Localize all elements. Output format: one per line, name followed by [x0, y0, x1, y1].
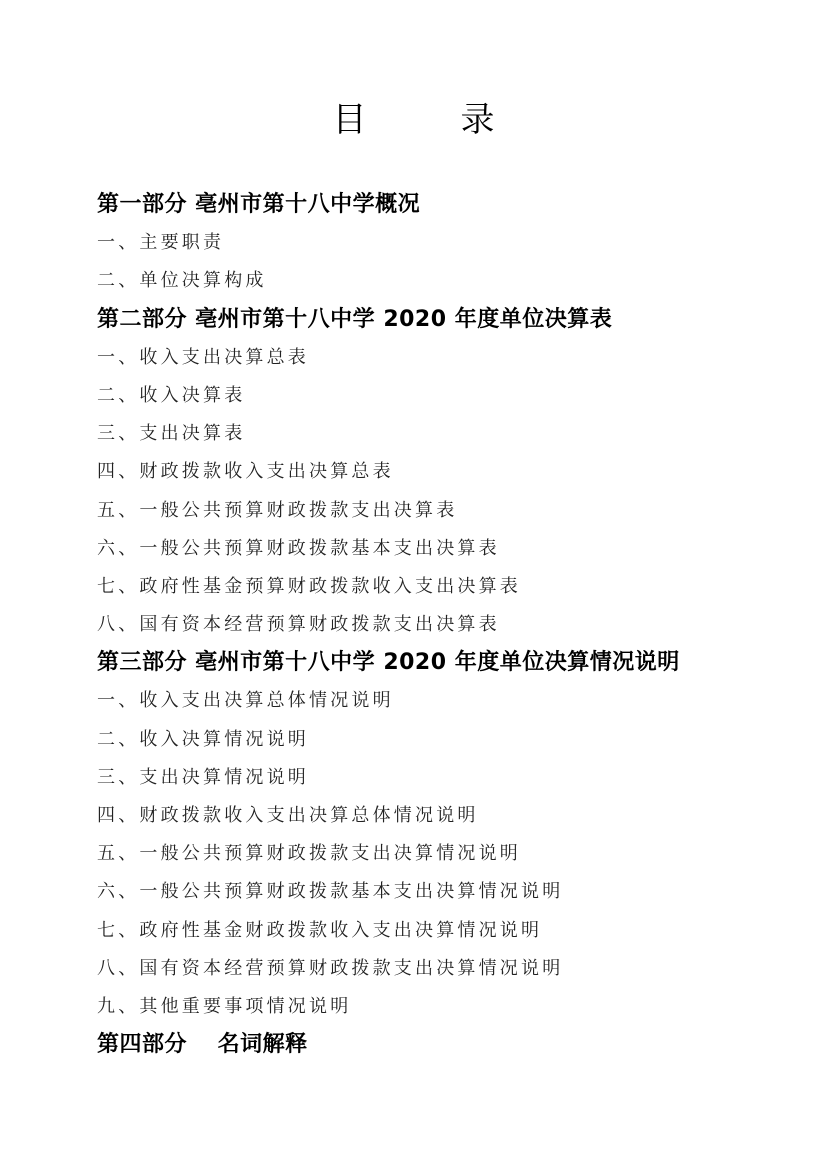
toc-section-1[interactable]: 第一部分 亳州市第十八中学概况	[97, 186, 777, 224]
toc-item[interactable]: 一、收入支出决算总表	[97, 339, 777, 377]
toc-section-2[interactable]: 第二部分 亳州市第十八中学 2020 年度单位决算表	[97, 301, 777, 339]
toc-item[interactable]: 八、国有资本经营预算财政拨款支出决算表	[97, 606, 777, 644]
toc-item[interactable]: 七、政府性基金财政拨款收入支出决算情况说明	[97, 912, 777, 950]
table-of-contents: 第一部分 亳州市第十八中学概况 一、主要职责 二、单位决算构成 第二部分 亳州市…	[97, 186, 777, 1064]
toc-item[interactable]: 六、一般公共预算财政拨款基本支出决算情况说明	[97, 873, 777, 911]
toc-item[interactable]: 二、收入决算情况说明	[97, 721, 777, 759]
toc-item[interactable]: 二、单位决算构成	[97, 262, 777, 300]
toc-item[interactable]: 一、收入支出决算总体情况说明	[97, 682, 777, 720]
toc-section-3[interactable]: 第三部分 亳州市第十八中学 2020 年度单位决算情况说明	[97, 644, 777, 682]
toc-item[interactable]: 五、一般公共预算财政拨款支出决算表	[97, 492, 777, 530]
toc-item[interactable]: 三、支出决算情况说明	[97, 759, 777, 797]
toc-item[interactable]: 六、一般公共预算财政拨款基本支出决算表	[97, 530, 777, 568]
toc-item[interactable]: 四、财政拨款收入支出决算总表	[97, 453, 777, 491]
document-page: 目 录 第一部分 亳州市第十八中学概况 一、主要职责 二、单位决算构成 第二部分…	[0, 0, 827, 1170]
page-title: 目 录	[0, 98, 827, 142]
toc-item[interactable]: 七、政府性基金预算财政拨款收入支出决算表	[97, 568, 777, 606]
toc-item[interactable]: 一、主要职责	[97, 224, 777, 262]
toc-item[interactable]: 八、国有资本经营预算财政拨款支出决算情况说明	[97, 950, 777, 988]
toc-section-4[interactable]: 第四部分 名词解释	[97, 1026, 777, 1064]
toc-item[interactable]: 二、收入决算表	[97, 377, 777, 415]
toc-item[interactable]: 五、一般公共预算财政拨款支出决算情况说明	[97, 835, 777, 873]
toc-item[interactable]: 三、支出决算表	[97, 415, 777, 453]
toc-item[interactable]: 四、财政拨款收入支出决算总体情况说明	[97, 797, 777, 835]
toc-item[interactable]: 九、其他重要事项情况说明	[97, 988, 777, 1026]
